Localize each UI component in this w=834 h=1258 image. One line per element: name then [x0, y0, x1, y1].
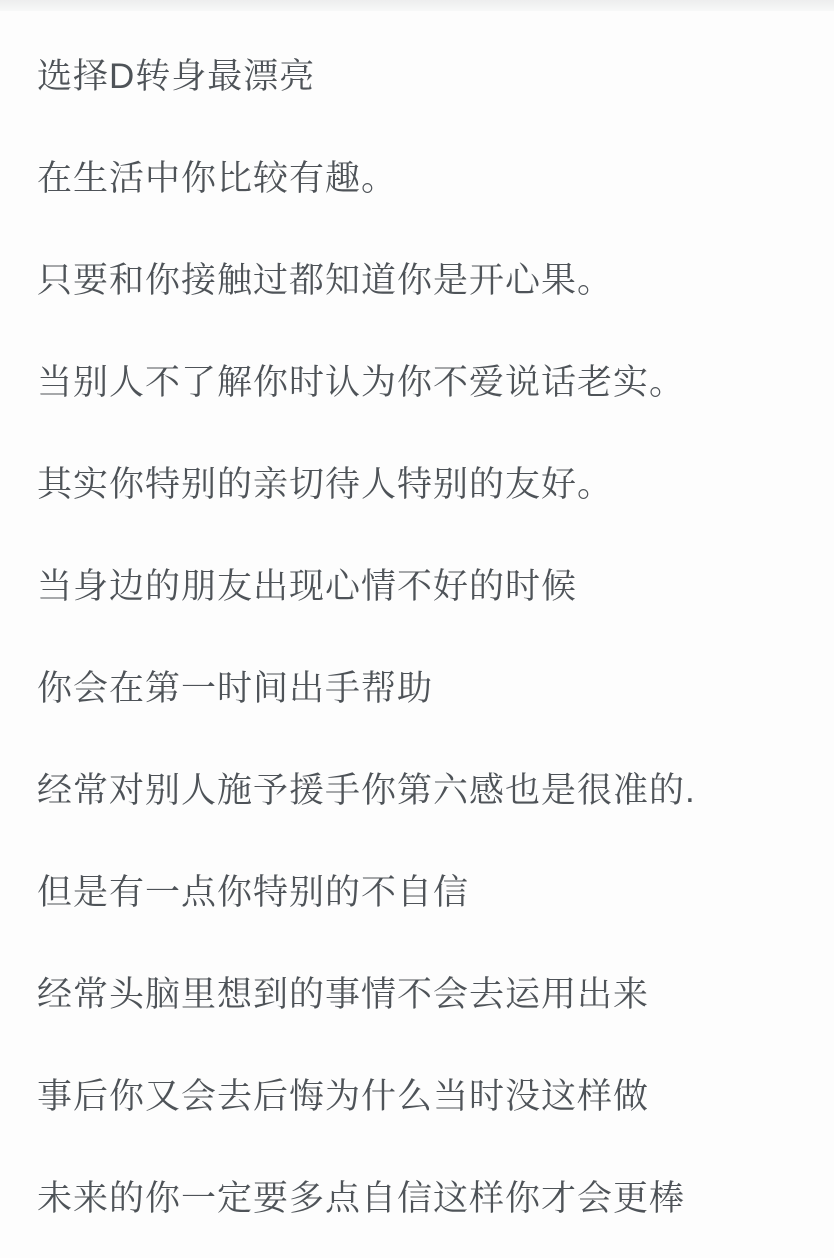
text-line: 未来的你一定要多点自信这样你才会更棒 — [0, 1148, 834, 1250]
text-line: 但是有一点你特别的不自信 — [0, 842, 834, 944]
text-line: 其实你特别的亲切待人特别的友好。 — [0, 434, 834, 536]
top-edge-strip — [0, 0, 834, 11]
text-line: 事后你又会去后悔为什么当时没这样做 — [0, 1046, 834, 1148]
text-line: 只要和你接触过都知道你是开心果。 — [0, 230, 834, 332]
text-line: 在生活中你比较有趣。 — [0, 128, 834, 230]
article-body: 选择D转身最漂亮 在生活中你比较有趣。 只要和你接触过都知道你是开心果。 当别人… — [0, 11, 834, 1250]
text-line: 当身边的朋友出现心情不好的时候 — [0, 536, 834, 638]
text-line: 经常对别人施予援手你第六感也是很准的. — [0, 740, 834, 842]
text-line: 你会在第一时间出手帮助 — [0, 638, 834, 740]
result-title-line: 选择D转身最漂亮 — [0, 26, 834, 128]
text-line: 经常头脑里想到的事情不会去运用出来 — [0, 944, 834, 1046]
text-line: 当别人不了解你时认为你不爱说话老实。 — [0, 332, 834, 434]
